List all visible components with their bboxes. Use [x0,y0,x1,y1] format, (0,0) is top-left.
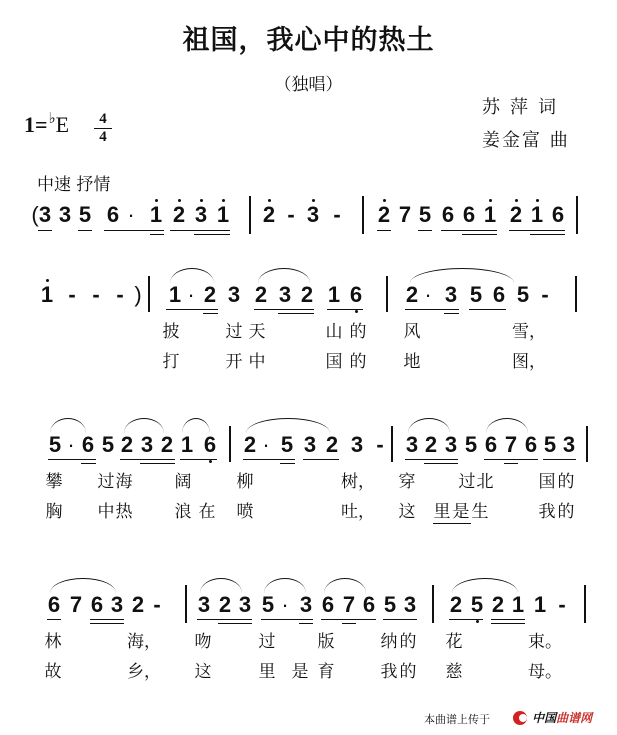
lyric: 树， [341,472,375,492]
note: 6 [321,593,335,617]
underline [47,619,61,620]
note: 6 [106,203,120,227]
bar-line [584,585,586,623]
note: 2 [160,433,174,457]
note-high: 3 [306,203,320,227]
lyric: 乡， [127,662,161,682]
note: 6 [484,433,498,457]
note: 3 [562,433,576,457]
slur [410,268,514,283]
lyric: 花 [445,632,463,652]
underline [543,459,576,460]
note: 6 [524,433,538,457]
time-denominator: 4 [94,130,112,145]
note: 3 [403,593,417,617]
key-note: E [56,112,69,137]
note: 3 [444,283,458,307]
underline [299,623,313,624]
slur [324,578,366,593]
note: 2 [203,283,217,307]
note: 2 [243,433,257,457]
dash: - [150,593,164,617]
note: 2 [254,283,268,307]
underline [197,619,252,620]
note-high: 2 [509,203,523,227]
underline [150,234,164,235]
note: 5 [261,593,275,617]
note: 3 [58,203,72,227]
lyric: 山 [325,322,343,342]
note: 5 [78,203,92,227]
underline [405,309,459,310]
lyric: 阔 [174,472,192,492]
underline [140,463,175,464]
note: 5 [418,203,432,227]
underline [424,463,458,464]
lyric: 中 [97,502,115,522]
lyric: 的 [399,632,417,652]
note: 3 [238,593,252,617]
underline [377,230,391,231]
dash: - [113,283,127,307]
note: 6 [551,203,565,227]
lyric: 林 [44,632,62,652]
underline [48,459,96,460]
note: 5 [48,433,62,457]
lyric: 这 [194,662,212,682]
dash: - [555,593,569,617]
bar-line [575,276,577,312]
note-high: 3 [194,203,208,227]
underline [491,623,525,624]
key-prefix: 1= [24,112,48,137]
note: 6 [362,593,376,617]
paren-close: ) [131,283,145,307]
note: 5 [469,283,483,307]
underline [441,230,497,231]
underline [303,459,339,460]
bar-line [586,426,588,462]
note-high: 2 [172,203,186,227]
underline [120,459,175,460]
lyric: 开 [225,352,243,372]
note-low: 6 [203,433,217,457]
underline [90,623,124,624]
dot: · [124,203,138,227]
slur [258,268,310,283]
note: 3 [350,433,364,457]
lyric: 吻 [194,632,212,652]
note: 1 [327,283,341,307]
underline [78,230,92,231]
lyric: 国 [538,472,556,492]
note: 7 [398,203,412,227]
note: 2 [449,593,463,617]
dash: - [65,283,79,307]
lyric-underline [433,523,471,524]
lyric: 是 [452,502,470,522]
dot: · [421,283,435,307]
lyric: 地 [403,352,421,372]
note: 6 [47,593,61,617]
lyric: 中 [248,352,266,372]
note: 6 [81,433,95,457]
underline [509,230,565,231]
lyric: 母。 [528,662,562,682]
note: 3 [110,593,124,617]
lyric: 过 [458,472,476,492]
lyric: 过 [225,322,243,342]
lyric: 的 [557,472,575,492]
bar-line [576,196,578,234]
underline [218,623,252,624]
lyric: 过 [258,632,276,652]
note: 6 [462,203,476,227]
dash: - [373,433,387,457]
time-signature: 4 4 [94,112,112,145]
lyric: 故 [44,662,62,682]
lyric: 纳 [380,632,398,652]
note: 5 [543,433,557,457]
lyric: 攀 [45,472,63,492]
slur [264,578,306,593]
bar-line [249,196,251,234]
bar-line [391,426,393,462]
lyric: 天 [248,322,266,342]
lyric: 披 [162,322,180,342]
note-high: 1 [530,203,544,227]
lyric: 里 [258,662,276,682]
lyric: 的 [349,352,367,372]
lyric: 的 [557,502,575,522]
score-subtitle: （独唱） [0,70,617,95]
note: 3 [197,593,211,617]
lyric: 海， [127,632,161,652]
dash: - [538,283,552,307]
note-high: 2 [262,203,276,227]
note: 2 [424,433,438,457]
underline [418,230,432,231]
tempo-marking: 中速 抒情 [37,170,110,195]
note: 2 [325,433,339,457]
note: 3 [140,433,154,457]
note: 2 [218,593,232,617]
lyric: 的 [349,322,367,342]
note-high: 2 [377,203,391,227]
time-numerator: 4 [94,112,112,127]
note: 2 [405,283,419,307]
lyric: 热 [115,502,133,522]
site-name-black: 中国 [532,711,556,725]
slur [246,418,330,433]
underline [261,619,313,620]
underline [280,463,295,464]
note: 3 [405,433,419,457]
lyric: 我 [538,502,556,522]
note: 3 [278,283,292,307]
note: 3 [38,203,52,227]
lyric: 版 [317,632,335,652]
lyric: 生 [471,502,489,522]
lyric: 柳 [236,472,254,492]
underline [170,230,230,231]
underline [166,309,218,310]
bar-line [185,585,187,623]
lyric: 北 [476,472,494,492]
underline [104,230,164,231]
lyric: 海 [115,472,133,492]
slur [182,418,210,433]
underline [254,309,314,310]
slur [452,578,518,593]
score-title: 祖国，我心中的热土 [0,18,617,57]
note: 3 [227,283,241,307]
note-high: 1 [40,283,54,307]
underline [504,463,518,464]
note: 7 [504,433,518,457]
note: 2 [131,593,145,617]
underline [484,459,538,460]
underline [90,619,124,620]
dot: · [259,433,273,457]
dash: - [330,203,344,227]
slur [408,418,450,433]
slur [50,578,116,593]
dot: · [184,283,198,307]
lyric: 浪 [174,502,192,522]
dot: · [64,433,78,457]
note: 2 [491,593,505,617]
lyric: 的 [399,662,417,682]
bar-line [386,276,388,312]
note: 5 [516,283,530,307]
note: 5 [464,433,478,457]
underline [444,313,459,314]
note: 7 [342,593,356,617]
underline [383,619,417,620]
underline [180,459,217,460]
lyric: 图， [512,352,546,372]
lyric: 慈 [445,662,463,682]
underline [405,459,458,460]
underline [203,313,218,314]
lyric: 束。 [528,632,562,652]
underline [321,619,376,620]
note-high: 1 [483,203,497,227]
note: 6 [492,283,506,307]
underline [462,234,497,235]
underline [342,623,356,624]
note: 3 [444,433,458,457]
note: 5 [280,433,294,457]
slur [200,578,242,593]
note: 1 [533,593,547,617]
flat-icon: ♭ [49,111,56,127]
note-high: 1 [216,203,230,227]
note: 5 [101,433,115,457]
lyric: 在 [198,502,216,522]
underline [194,234,230,235]
underline [469,309,506,310]
slur [124,418,164,433]
underline [327,309,363,310]
lyric: 国 [325,352,343,372]
note: 2 [300,283,314,307]
note-low: 5 [470,593,484,617]
bar-line [229,426,231,462]
lyric: 风 [403,322,421,342]
note: 7 [69,593,83,617]
lyric: 这 [398,502,416,522]
slur [170,268,214,283]
dot: · [278,593,292,617]
note-low: 6 [349,283,363,307]
note: 3 [299,593,313,617]
key-signature: 1=♭E [24,112,69,138]
note: 1 [180,433,194,457]
lyric: 里 [433,502,451,522]
lyric: 是 [291,662,309,682]
underline [449,619,483,620]
lyric: 胸 [45,502,63,522]
note-high: 1 [149,203,163,227]
slur [50,418,86,433]
underline [278,313,314,314]
dash: - [89,283,103,307]
site-name-red: 曲谱网 [556,711,592,725]
note: 6 [441,203,455,227]
note: 6 [90,593,104,617]
lyric: 过 [97,472,115,492]
bar-line [362,196,364,234]
lyric: 穿 [398,472,416,492]
lyric: 我 [380,662,398,682]
note: 1 [511,593,525,617]
note: 1 [168,283,182,307]
site-logo[interactable]: 中国曲谱网 [513,707,592,723]
lyric: 育 [317,662,335,682]
composer-credit: 姜金富 曲 [482,126,570,152]
lyric: 喷 [236,502,254,522]
note: 2 [120,433,134,457]
underline [491,619,525,620]
bar-line [148,276,150,312]
upload-credit: 本曲谱上传于 [424,711,490,727]
logo-icon [513,711,527,725]
underline [81,463,96,464]
lyric: 雪， [512,322,546,342]
lyric: 打 [162,352,180,372]
lyricist-credit: 苏萍词 [482,93,566,119]
note: 3 [303,433,317,457]
underline [530,234,565,235]
bar-line [432,585,434,623]
note: 5 [383,593,397,617]
slur [486,418,528,433]
dash: - [284,203,298,227]
lyric: 吐， [341,502,375,522]
underline [243,459,295,460]
underline [38,230,52,231]
